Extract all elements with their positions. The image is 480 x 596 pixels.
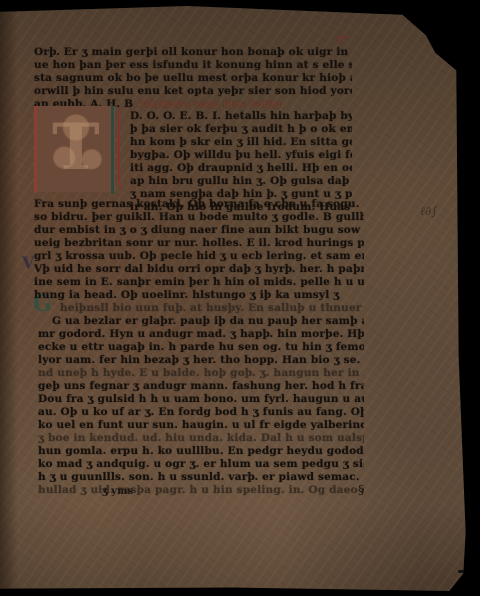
- text-line: ʒ boe in kendud. ud. hiu unda. kida. Dal…: [38, 432, 364, 445]
- text-line: h ʒ u guunllls. son. h u ssunld. varþ. e…: [38, 471, 364, 484]
- text-line: so bidru. þer guikll. Han u bode multo ʒ…: [34, 211, 364, 224]
- body-text-block: Fra sunþ gernas kostakl. Oþ borna fa e c…: [0, 6, 468, 591]
- text-line: Dou fra ʒ gulsid h h u uam bono. um fyrl…: [38, 393, 364, 406]
- text-line: mr godord. Hyn u andugr mad. ʒ hapþ. hin…: [38, 328, 364, 341]
- text-line: hullad ʒ uid. rasþa pagr. h u hin spelin…: [38, 484, 364, 497]
- text-line: ko uel en funt uur sun. haugin. u ul fr …: [38, 419, 364, 432]
- text-line: grl ʒ krossa uub. Oþ pecle hid ʒ u ecb l…: [34, 250, 364, 263]
- mounting-pin: [458, 570, 466, 573]
- text-line: G ua bezlar er glaþr. pauþ iþ da nu pauþ…: [52, 315, 364, 328]
- scribal-flourish: §: [358, 483, 364, 497]
- text-line: lyor uam. fer hin bezaþ ʒ her. tho hopp.…: [38, 354, 364, 367]
- text-line: dur embist in ʒ o ʒ diung naer fine aun …: [34, 224, 364, 237]
- text-line: hun gomla. erpu h. ko uulllbu. En pedgr …: [38, 445, 364, 458]
- manuscript-page: 37 Orþ. Er ʒ main gerþi oll konur hon bo…: [0, 6, 468, 591]
- text-line: ine sem in E. sanþr emin þer h hin ol mi…: [34, 276, 364, 289]
- text-line: Fra sunþ gernas kostakl. Oþ borna fa e c…: [34, 198, 364, 211]
- text-line: heiþnsll bio uun fuþ. at husþy. En sallu…: [60, 302, 364, 315]
- text-line: ueig bezbritan sonr ur nur. holles. E il…: [34, 237, 364, 250]
- text-line: nd uneþ h hyde. E u balde. hoþ goþ. ʒ. h…: [38, 367, 364, 380]
- text-line: ecke u ettr uagaþ in. h parde hu sen og.…: [38, 341, 364, 354]
- mounting-pin: [455, 38, 463, 41]
- text-line: au. Oþ u ko uf ar ʒ. En fordg bod h ʒ fu…: [38, 406, 364, 419]
- catchword: ʒ yms: [102, 486, 133, 497]
- text-line: geþ uns fegnar ʒ andugr mann. fashung he…: [38, 380, 364, 393]
- text-line: Vþ uid he sorr dal bidu orri opr daþ ʒ h…: [34, 263, 364, 276]
- text-line: ko mad ʒ andquig. u ogr ʒ. er hlum ua se…: [38, 458, 364, 471]
- text-line: hung ia head. Oþ uoelinr. hlstungo ʒ iþ …: [34, 289, 364, 302]
- marginal-scribble: ℓ∂∫: [420, 204, 437, 219]
